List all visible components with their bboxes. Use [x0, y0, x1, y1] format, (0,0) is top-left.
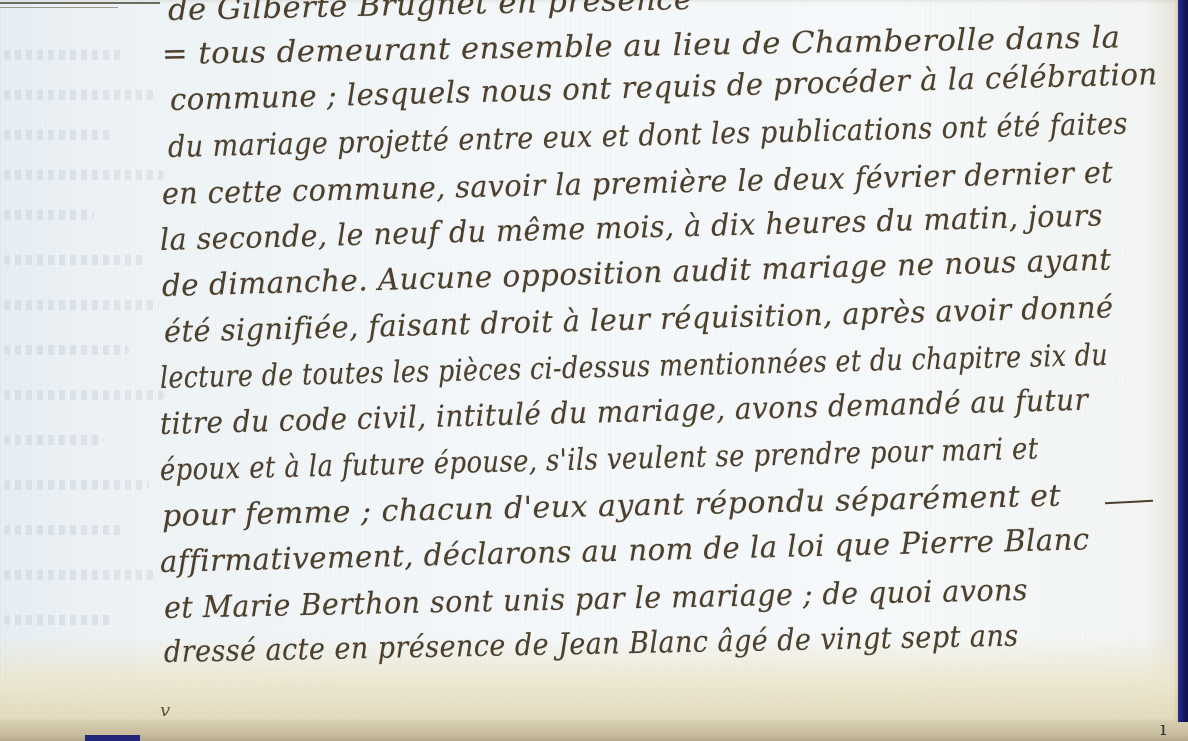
text-line-14: et Marie Berthon sont unis par le mariag… [164, 576, 1029, 624]
text-line-11: époux et à la future épouse, s'ils veule… [160, 435, 1039, 486]
handwritten-text-block: de Gilberte Brugnet en présence = tous d… [0, 0, 1188, 741]
page-bottom-edge [0, 722, 1188, 741]
binding-tab [85, 735, 140, 741]
text-line-8: été signifiée, faisant droit à leur réqu… [164, 293, 1114, 348]
text-line-1: de Gilberte Brugnet en présence [168, 0, 693, 26]
text-line-12: pour femme ; chacun d'eux ayant répondu … [162, 482, 1062, 532]
register-page: de Gilberte Brugnet en présence = tous d… [0, 0, 1182, 722]
text-line-15: dressé acte en présence de Jean Blanc âg… [164, 622, 1019, 668]
footer-mark-left: v [160, 700, 170, 721]
text-line-4: du mariage projetté entre eux et dont le… [168, 110, 1129, 163]
scanned-document: de Gilberte Brugnet en présence = tous d… [0, 0, 1188, 741]
text-line-10: titre du code civil, intitulé du mariage… [160, 386, 1089, 440]
binding-edge [1178, 0, 1188, 741]
text-line-13: affirmativement, déclarons au nom de la … [160, 525, 1090, 578]
footer-mark-right: ı [1160, 716, 1166, 740]
